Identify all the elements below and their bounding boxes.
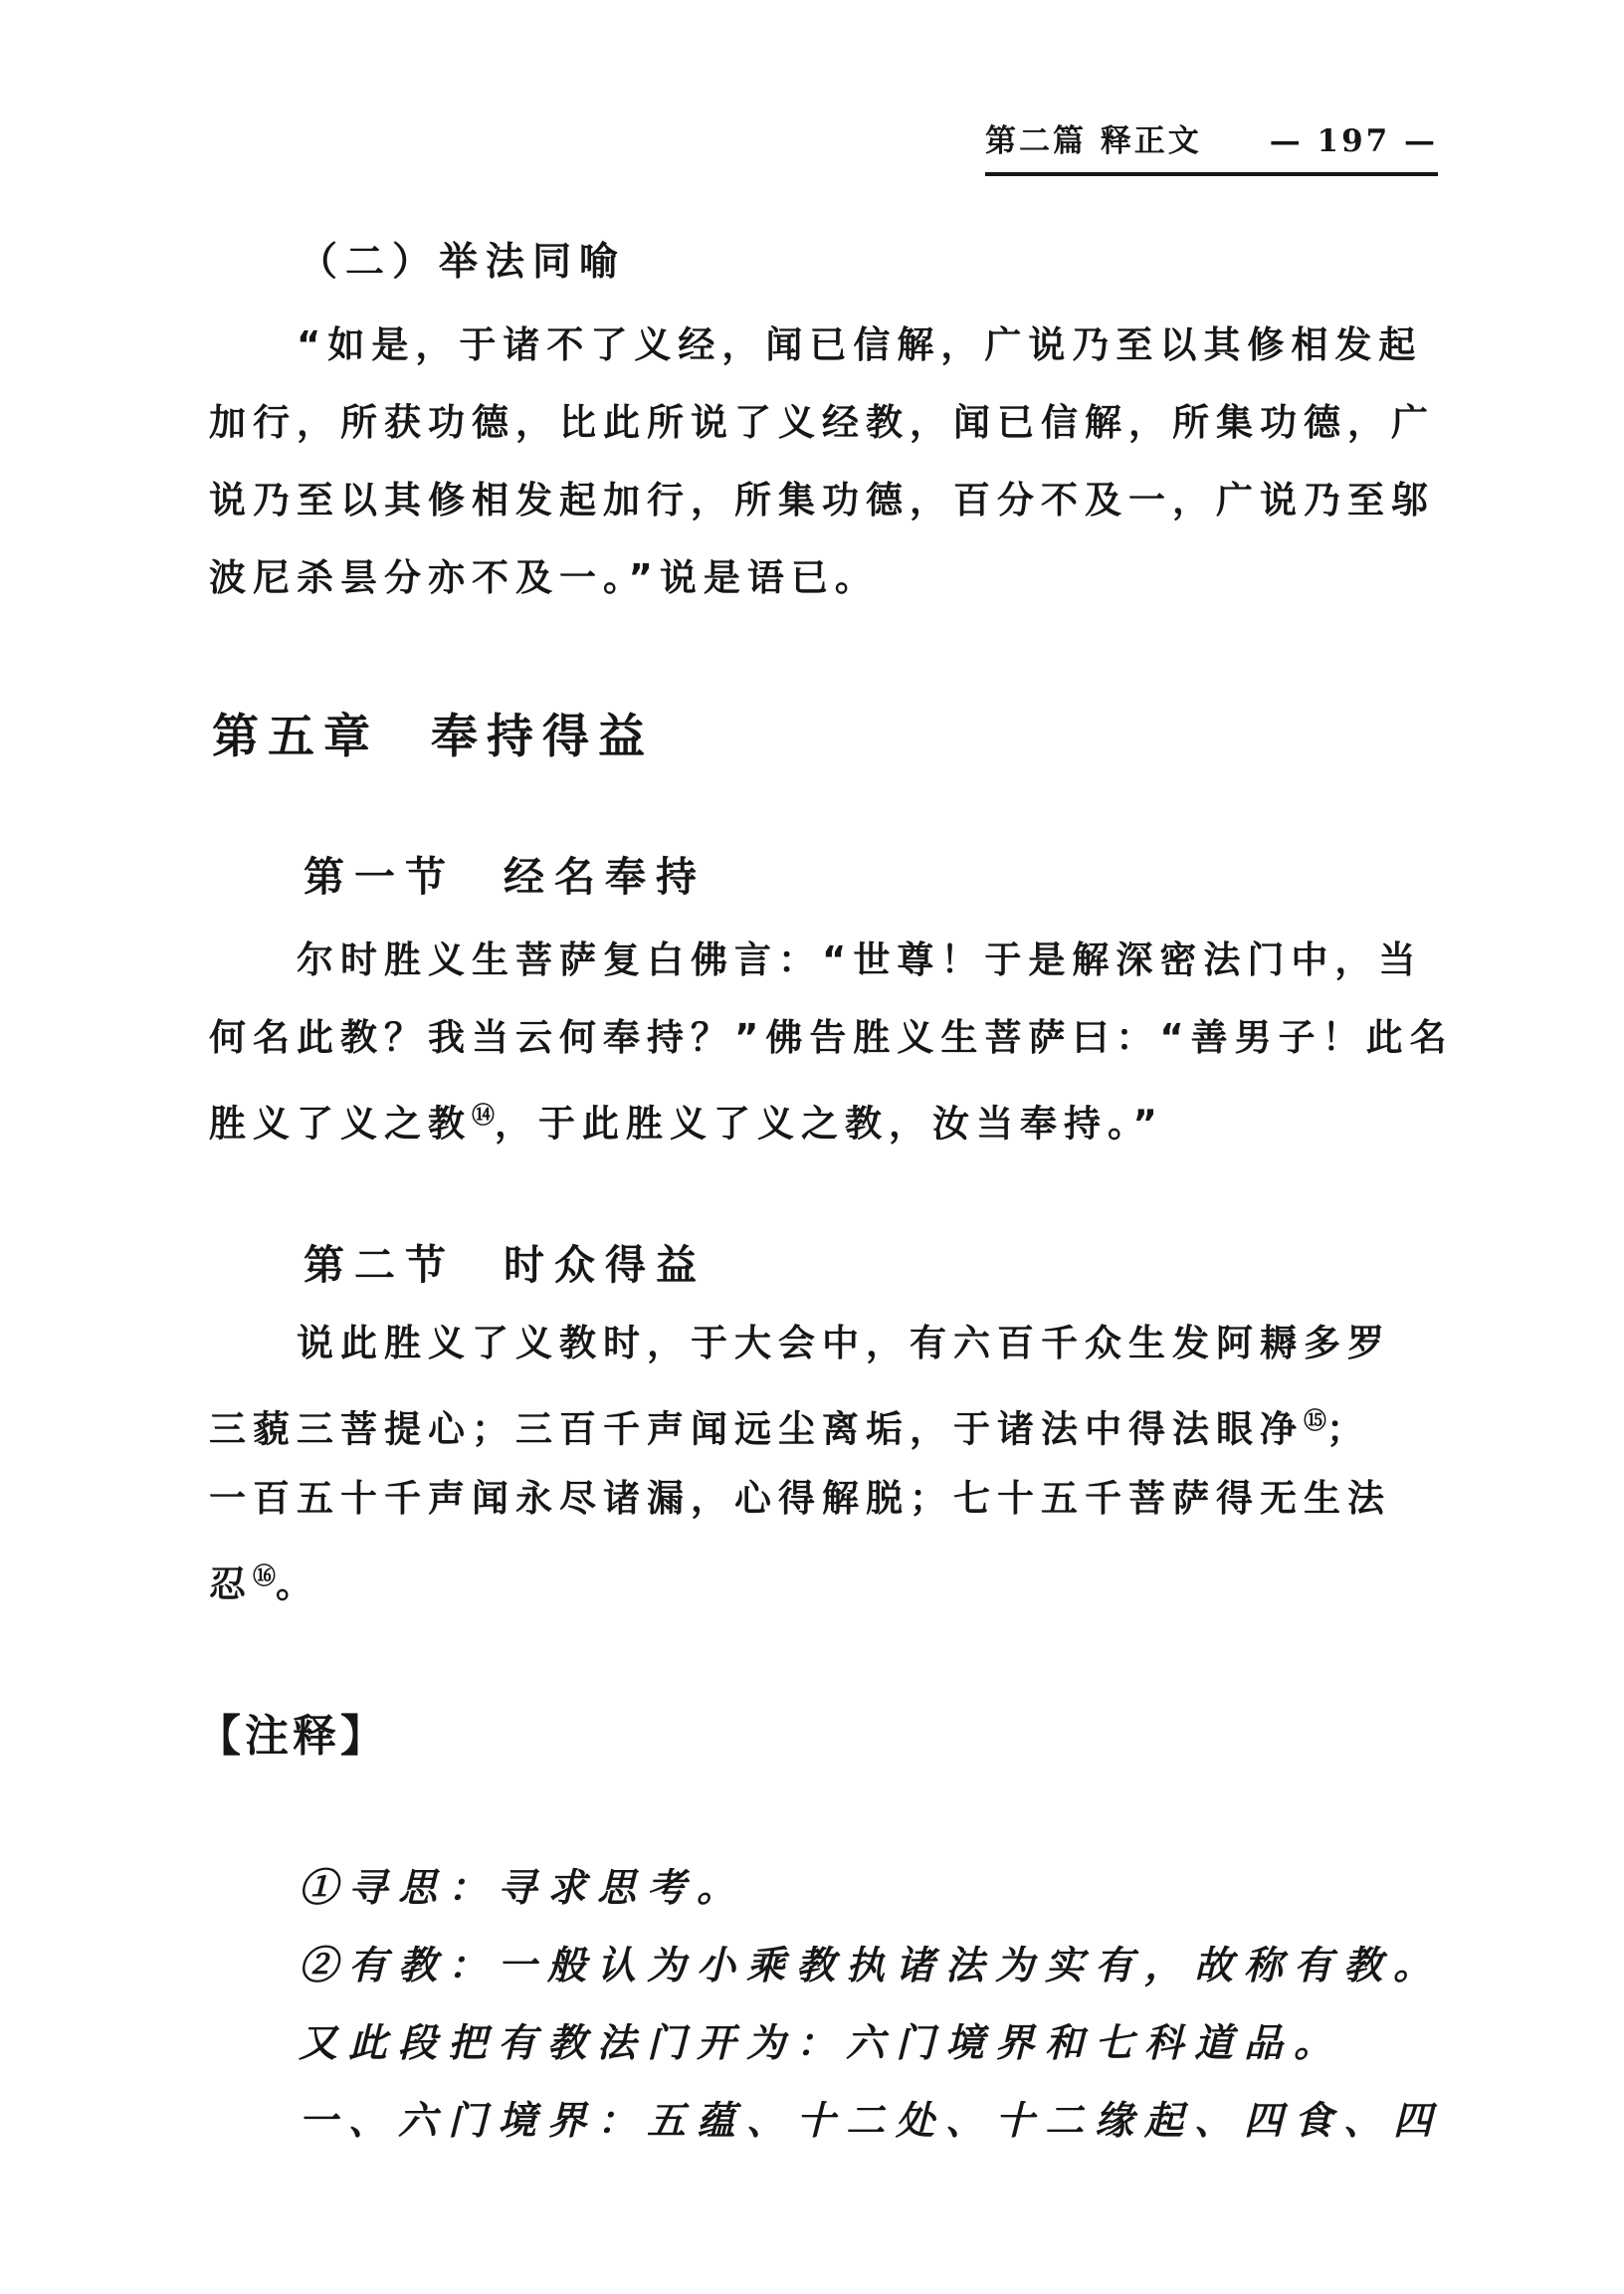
paragraph-line: 波尼杀昙分亦不及一。”说是语已。 bbox=[209, 539, 1435, 617]
annotation-line: 又此段把有教法门开为：六门境界和七科道品。 bbox=[299, 2004, 1443, 2082]
chapter-number: 第五章 bbox=[212, 700, 379, 766]
annotations-block: ①寻思：寻求思考。 ②有教：一般认为小乘教执诸法为实有，故称有教。 又此段把有教… bbox=[299, 1849, 1443, 2160]
paragraph-line: 何名此教？我当云何奉持？”佛告胜义生菩萨曰：“善男子！此名 bbox=[209, 999, 1454, 1077]
subsection-heading: （二）举法同喻 bbox=[299, 231, 626, 287]
paragraph-line: 尔时胜义生菩萨复白佛言：“世尊！于是解深密法门中，当 bbox=[209, 922, 1454, 999]
paragraph-line: 忍⑯。 bbox=[209, 1538, 1391, 1615]
section-heading-1: 第一节 经名奉持 bbox=[304, 844, 707, 903]
annotation-line: ②有教：一般认为小乘教执诸法为实有，故称有教。 bbox=[299, 1927, 1443, 2004]
book-page: 第二篇 释正文 — 197 — （二）举法同喻 “如是，于诸不了义经，闻已信解，… bbox=[0, 0, 1624, 2294]
paragraph-line: 说乃至以其修相发起加行，所集功德，百分不及一，广说乃至邬 bbox=[209, 462, 1435, 539]
running-header-section-title: 第二篇 释正文 bbox=[985, 115, 1202, 160]
page-number: — 197 — bbox=[1270, 123, 1438, 159]
section2-paragraph: 说此胜义了义教时，于大会中，有六百千众生发阿耨多罗 三藐三菩提心；三百千声闻远尘… bbox=[209, 1305, 1391, 1615]
running-header: 第二篇 释正文 — 197 — bbox=[985, 115, 1438, 176]
sutra-quote-paragraph: “如是，于诸不了义经，闻已信解，广说乃至以其修相发起 加行，所获功德，比此所说了… bbox=[209, 307, 1435, 617]
section-heading-2: 第二节 时众得益 bbox=[304, 1232, 707, 1291]
section-title: 时众得益 bbox=[504, 1232, 707, 1291]
section1-paragraph: 尔时胜义生菩萨复白佛言：“世尊！于是解深密法门中，当 何名此教？我当云何奉持？”… bbox=[209, 922, 1454, 1154]
paragraph-line: 一百五十千声闻永尽诸漏，心得解脱；七十五千菩萨得无生法 bbox=[209, 1460, 1391, 1538]
annotation-line: ①寻思：寻求思考。 bbox=[299, 1849, 1443, 1927]
paragraph-line: “如是，于诸不了义经，闻已信解，广说乃至以其修相发起 bbox=[209, 307, 1435, 384]
chapter-title: 奉持得益 bbox=[431, 700, 654, 766]
section-number: 第二节 bbox=[304, 1232, 456, 1291]
section-number: 第一节 bbox=[304, 844, 456, 903]
annotations-heading: 【注释】 bbox=[197, 1700, 388, 1764]
section-title: 经名奉持 bbox=[504, 844, 707, 903]
chapter-heading: 第五章 奉持得益 bbox=[212, 700, 654, 766]
annotation-line: 一、六门境界：五蕴、十二处、十二缘起、四食、四 bbox=[299, 2082, 1443, 2160]
paragraph-line: 说此胜义了义教时，于大会中，有六百千众生发阿耨多罗 bbox=[209, 1305, 1391, 1382]
paragraph-line: 胜义了义之教⑭，于此胜义了义之教，汝当奉持。” bbox=[209, 1077, 1454, 1154]
paragraph-line: 三藐三菩提心；三百千声闻远尘离垢，于诸法中得法眼净⑮； bbox=[209, 1382, 1391, 1460]
paragraph-line: 加行，所获功德，比此所说了义经教，闻已信解，所集功德，广 bbox=[209, 384, 1435, 462]
